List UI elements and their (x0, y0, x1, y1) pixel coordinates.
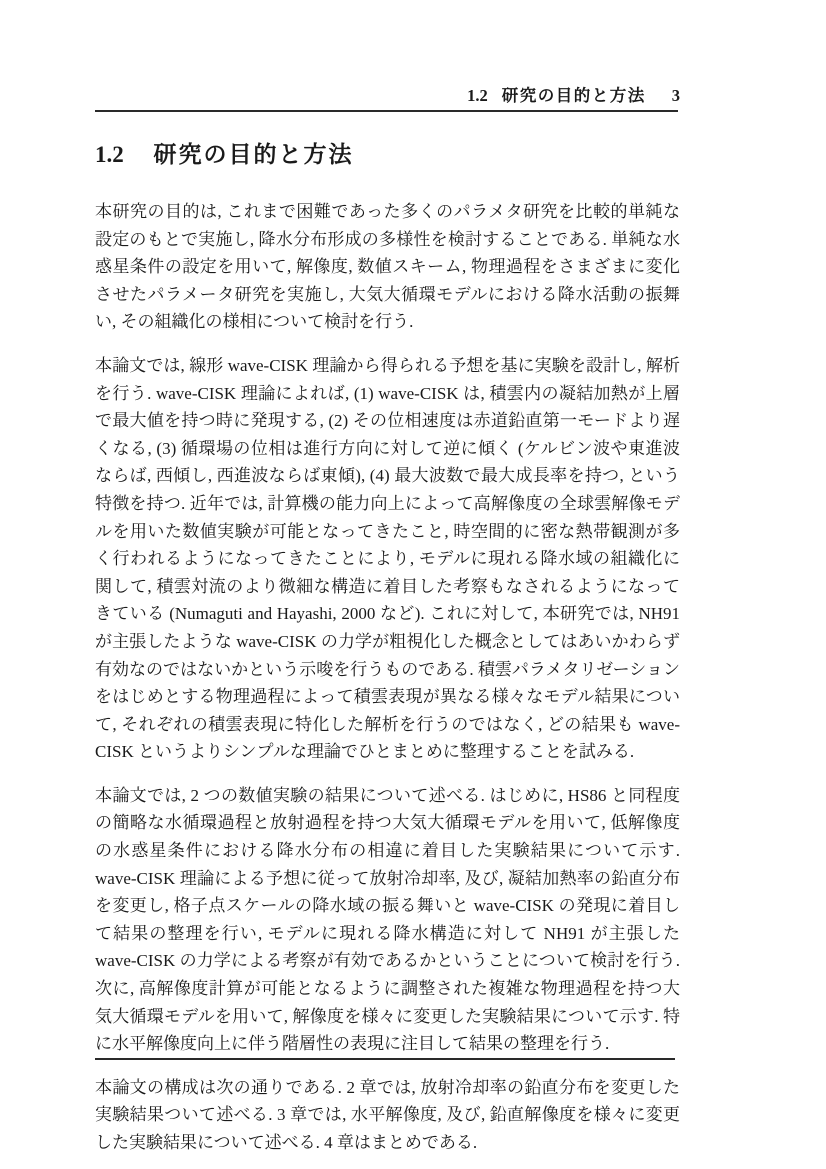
section-heading: 1.2 研究の目的と方法 (95, 138, 680, 171)
running-head: 1.2 研究の目的と方法 3 (95, 86, 680, 106)
header-rule (95, 110, 678, 112)
body-paragraph: 本論文の構成は次の通りである. 2 章では, 放射冷却率の鉛直分布を変更した実験… (95, 1074, 680, 1157)
document-page: 1.2 研究の目的と方法 3 1.2 研究の目的と方法 本研究の目的は, これま… (0, 0, 826, 1169)
running-head-section-title: 研究の目的と方法 (502, 86, 646, 106)
section-heading-title: 研究の目的と方法 (154, 141, 354, 167)
page-number: 3 (672, 86, 680, 106)
section-heading-number: 1.2 (95, 142, 124, 167)
footer-rule (95, 1058, 675, 1060)
body-text: 本研究の目的は, これまで困難であった多くのパラメタ研究を比較的単純な設定のもと… (95, 198, 680, 1157)
body-paragraph: 本論文では, 線形 wave-CISK 理論から得られる予想を基に実験を設計し,… (95, 352, 680, 766)
body-paragraph: 本研究の目的は, これまで困難であった多くのパラメタ研究を比較的単純な設定のもと… (95, 198, 680, 336)
running-head-section-number: 1.2 (467, 86, 488, 106)
body-paragraph: 本論文では, 2 つの数値実験の結果について述べる. はじめに, HS86 と同… (95, 782, 680, 1058)
